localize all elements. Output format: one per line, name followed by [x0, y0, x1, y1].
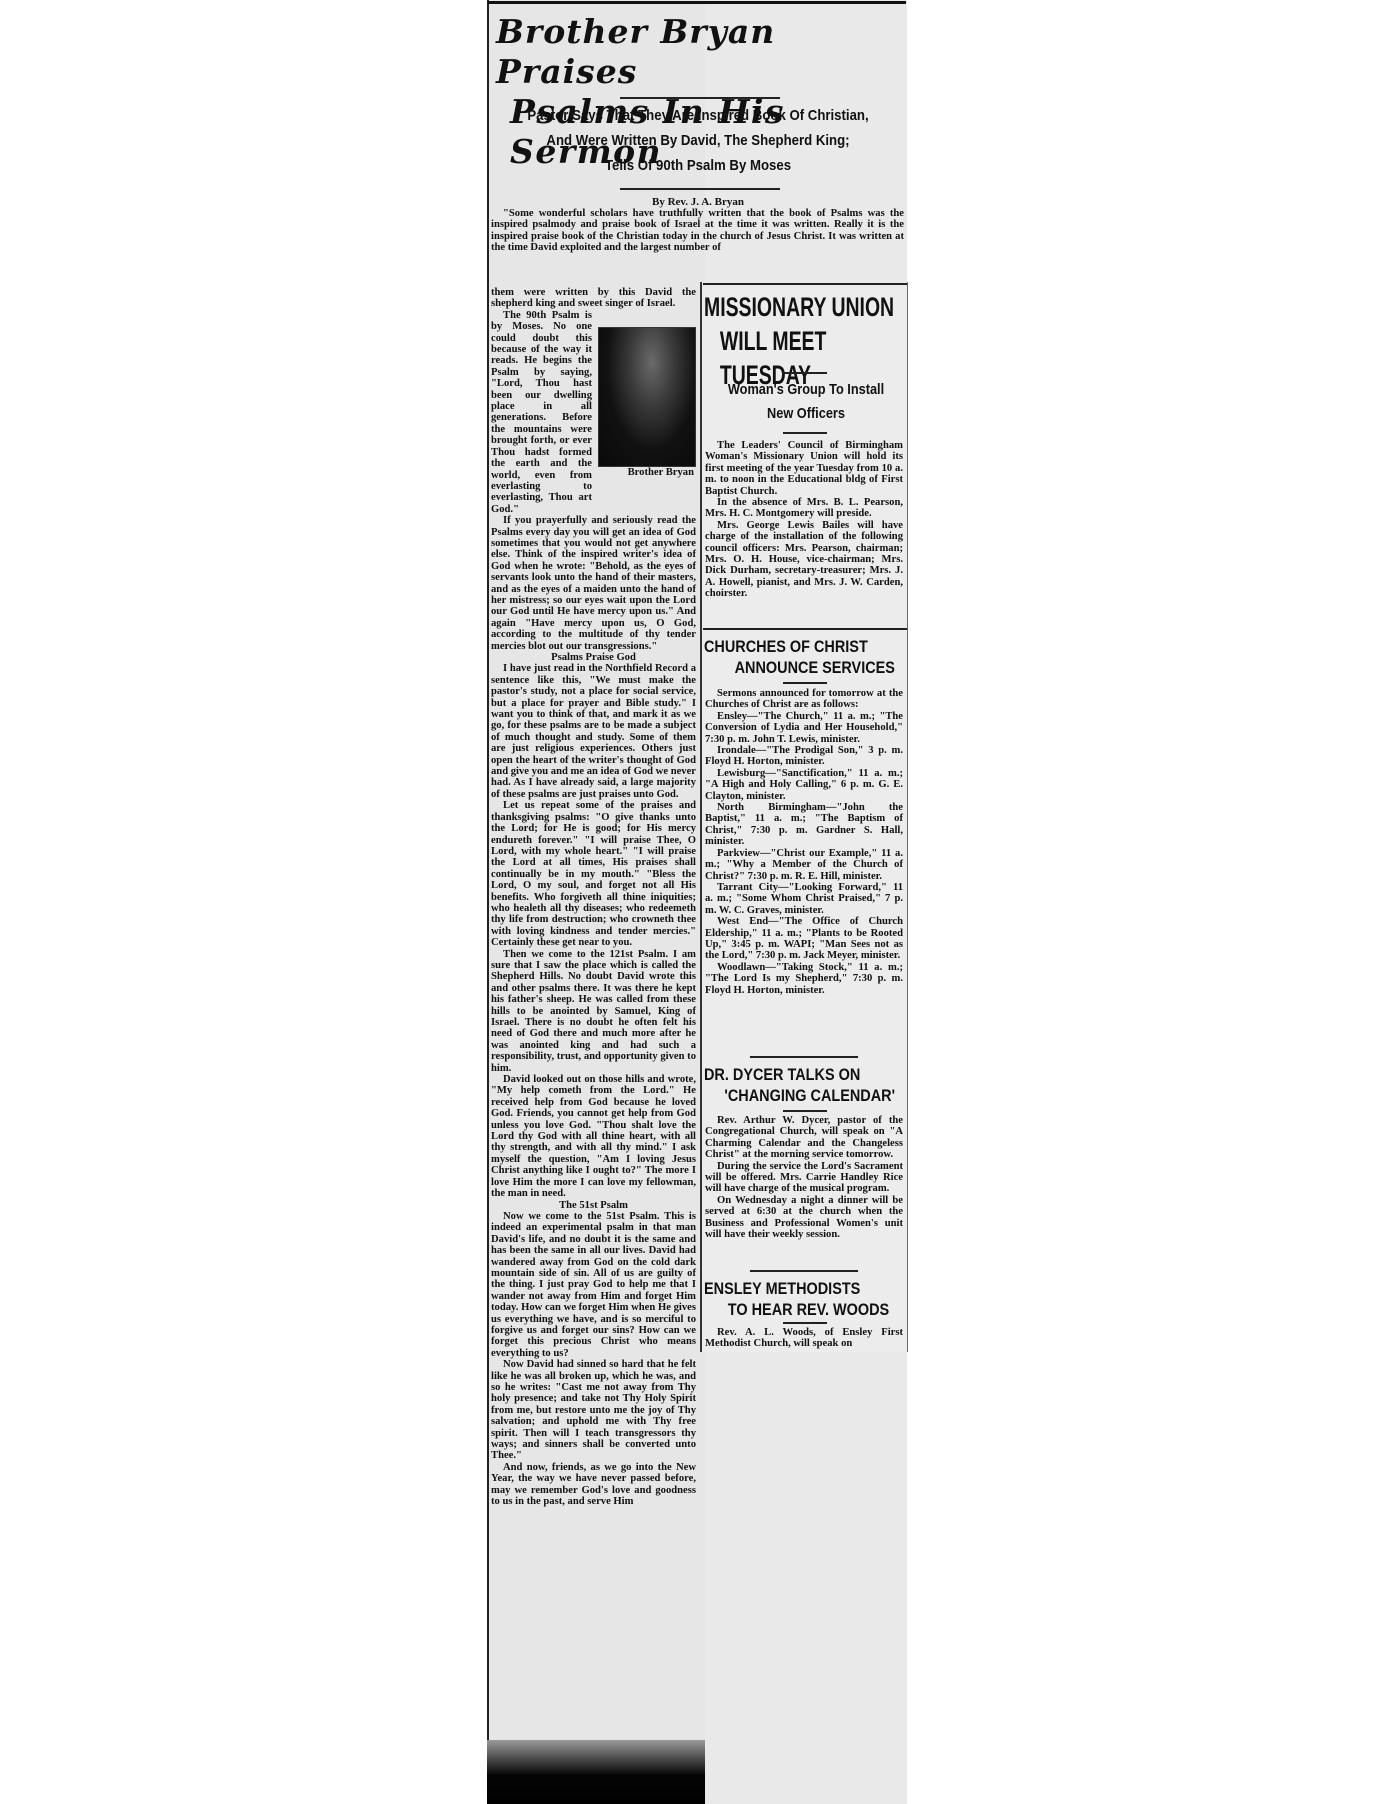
- church-listing: West End—"The Office of Church Eldership…: [705, 916, 903, 962]
- column-divider: [700, 282, 702, 1352]
- missionary-body: The Leaders' Council of Birmingham Woman…: [705, 440, 903, 600]
- dycer-headline-line-1: DR. DYCER TALKS ON: [704, 1064, 908, 1085]
- headline-rule: [620, 97, 780, 99]
- article-intro: "Some wonderful scholars have truthfully…: [491, 208, 904, 254]
- body-paragraph: The Leaders' Council of Birmingham Woman…: [705, 440, 903, 497]
- body-paragraph: Now David had sinned so hard that he fel…: [491, 1359, 696, 1462]
- byline: By Rev. J. A. Bryan: [490, 196, 906, 208]
- deck-line: Pastor Says That They Are Inspired Book …: [515, 103, 881, 128]
- ensley-body: Rev. A. L. Woods, of Ensley First Method…: [705, 1327, 903, 1351]
- body-paragraph-text: The 90th Psalm is by Moses. No one could…: [491, 310, 592, 515]
- body-paragraph: Rev. Arthur W. Dycer, pastor of the Cong…: [705, 1115, 903, 1161]
- body-paragraph: Now we come to the 51st Psalm. This is i…: [491, 1211, 696, 1359]
- church-listing: North Birmingham—"John the Baptist," 11 …: [705, 802, 903, 848]
- body-paragraph: Mrs. George Lewis Bailes will have charg…: [705, 520, 903, 600]
- church-listing: Tarrant City—"Looking Forward," 11 a. m.…: [705, 882, 903, 916]
- rule: [783, 432, 827, 434]
- body-paragraph: them were written by this David the shep…: [491, 287, 696, 310]
- ensley-headline-line-1: ENSLEY METHODISTS: [704, 1278, 908, 1299]
- dycer-headline-line-2: 'CHANGING CALENDAR': [704, 1085, 908, 1106]
- article-deck: Pastor Says That They Are Inspired Book …: [515, 103, 881, 178]
- churches-headline-line-1: CHURCHES OF CHRIST: [704, 636, 908, 657]
- missionary-deck-line-1: Woman's Group To Install: [719, 378, 892, 402]
- missionary-deck: Woman's Group To Install New Officers: [719, 378, 892, 426]
- church-listing: Irondale—"The Prodigal Son," 3 p. m. Flo…: [705, 745, 903, 768]
- ensley-headline: ENSLEY METHODISTS TO HEAR REV. WOODS: [704, 1278, 908, 1320]
- body-paragraph: David looked out on those hills and wrot…: [491, 1074, 696, 1199]
- church-listing: Lewisburg—"Sanctification," 11 a. m.; "A…: [705, 768, 903, 802]
- body-paragraph: And now, friends, as we go into the New …: [491, 1462, 696, 1508]
- top-rule: [488, 1, 906, 4]
- churches-headline-line-2: ANNOUNCE SERVICES: [704, 657, 908, 678]
- photo-caption: Brother Bryan: [598, 467, 694, 478]
- rule: [783, 1322, 827, 1324]
- body-paragraph: In the absence of Mrs. B. L. Pearson, Mr…: [705, 497, 903, 520]
- portrait-photo: [598, 327, 696, 467]
- church-listing: Parkview—"Christ our Example," 11 a. m.;…: [705, 848, 903, 882]
- missionary-headline: MISSIONARY UNION WILL MEET TUESDAY: [704, 290, 906, 392]
- dycer-headline: DR. DYCER TALKS ON 'CHANGING CALENDAR': [704, 1064, 908, 1106]
- sidebar-top-rule: [703, 283, 907, 285]
- rule: [750, 1270, 858, 1272]
- body-paragraph: Let us repeat some of the praises and th…: [491, 800, 696, 948]
- body-paragraph: On Wednesday a night a dinner will be se…: [705, 1195, 903, 1241]
- rule: [783, 372, 827, 374]
- churches-headline: CHURCHES OF CHRIST ANNOUNCE SERVICES: [704, 636, 908, 678]
- subhead-psalms-praise-god: Psalms Praise God: [491, 652, 696, 663]
- dycer-body: Rev. Arthur W. Dycer, pastor of the Cong…: [705, 1115, 903, 1240]
- body-paragraph: Then we come to the 121st Psalm. I am su…: [491, 949, 696, 1074]
- body-paragraph: I have just read in the Northfield Recor…: [491, 663, 696, 800]
- rule: [783, 1110, 827, 1112]
- church-listing: Ensley—"The Church," 11 a. m.; "The Conv…: [705, 711, 903, 745]
- missionary-deck-line-2: New Officers: [719, 402, 892, 426]
- deck-line: Tells Of 90th Psalm By Moses: [515, 153, 881, 178]
- headline-line-1: Brother Bryan Praises: [492, 12, 906, 92]
- subhead-51st-psalm: The 51st Psalm: [491, 1200, 696, 1211]
- scan-dark-edge: [487, 1740, 705, 1804]
- rule: [750, 1056, 858, 1058]
- missionary-headline-line-1: MISSIONARY UNION: [704, 290, 906, 324]
- ensley-headline-line-2: TO HEAR REV. WOODS: [704, 1299, 908, 1320]
- church-listing: Woodlawn—"Taking Stock," 11 a. m.; "The …: [705, 962, 903, 996]
- deck-line: And Were Written By David, The Shepherd …: [515, 128, 881, 153]
- deck-rule: [620, 188, 780, 190]
- body-paragraph: Sermons announced for tomorrow at the Ch…: [705, 688, 903, 711]
- body-paragraph: If you prayerfully and seriously read th…: [491, 515, 696, 652]
- body-paragraph: During the service the Lord's Sacrament …: [705, 1161, 903, 1195]
- body-paragraph: Rev. A. L. Woods, of Ensley First Method…: [705, 1327, 903, 1350]
- section-rule: [703, 628, 907, 630]
- intro-paragraph: "Some wonderful scholars have truthfully…: [491, 208, 904, 254]
- churches-body: Sermons announced for tomorrow at the Ch…: [705, 688, 903, 996]
- rule: [783, 682, 827, 684]
